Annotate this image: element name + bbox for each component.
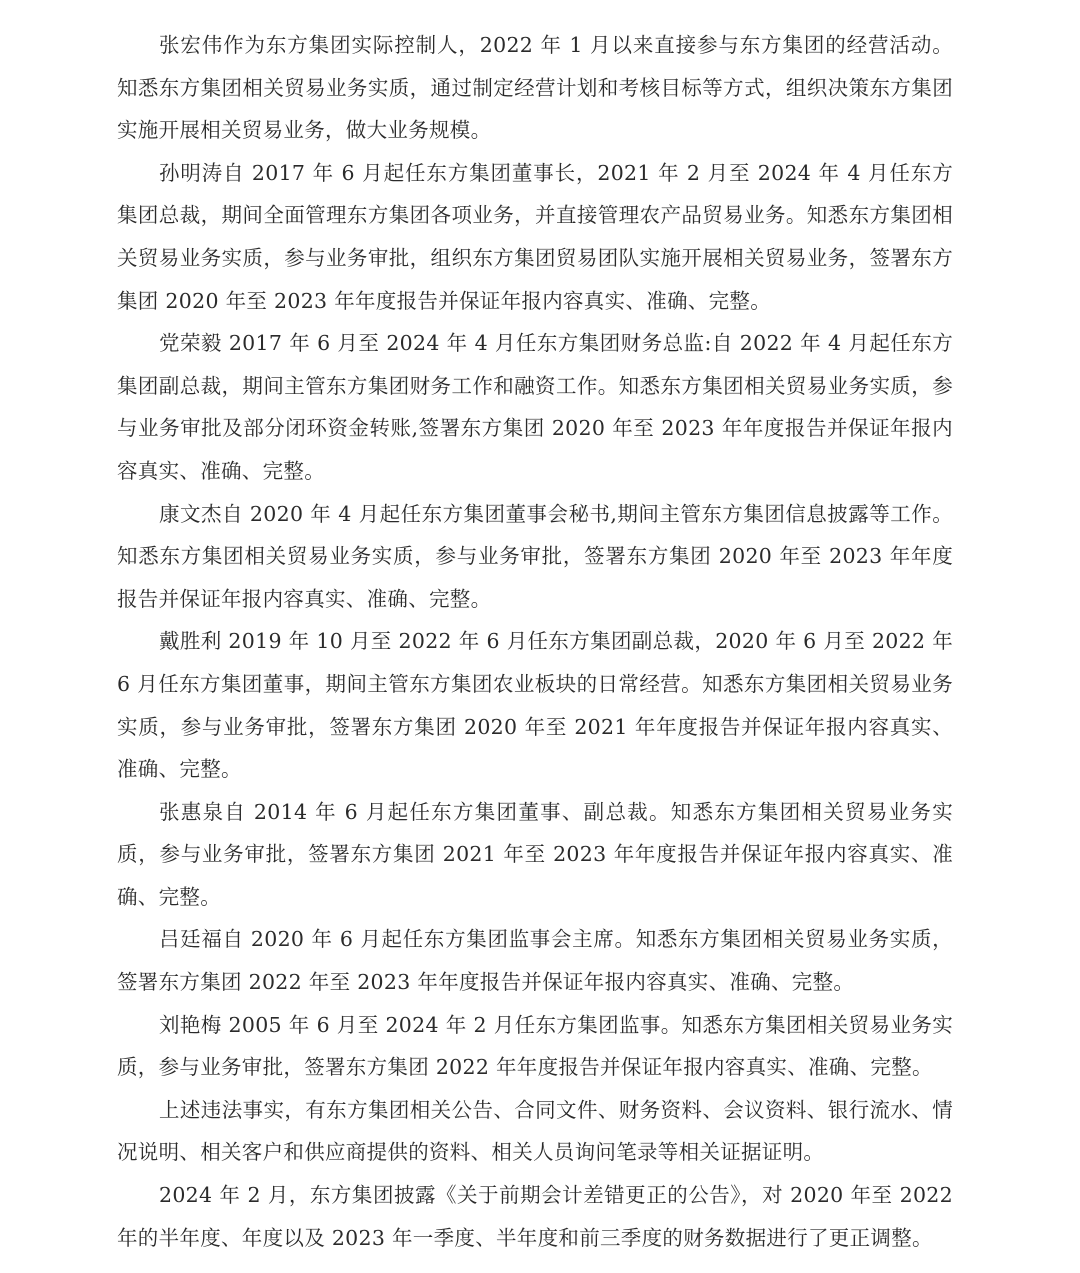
- paragraph-zhang-huiquan: 张惠泉自 2014 年 6 月起任东方集团董事、副总裁。知悉东方集团相关贸易业务…: [117, 791, 953, 919]
- paragraph-correction-notice: 2024 年 2 月，东方集团披露《关于前期会计差错更正的公告》，对 2020 …: [117, 1174, 953, 1259]
- paragraph-sun-mingtao: 孙明涛自 2017 年 6 月起任东方集团董事长，2021 年 2 月至 202…: [117, 152, 953, 322]
- paragraph-lv-tingfu: 吕廷福自 2020 年 6 月起任东方集团监事会主席。知悉东方集团相关贸易业务实…: [117, 918, 953, 1003]
- paragraph-liu-yanmei: 刘艳梅 2005 年 6 月至 2024 年 2 月任东方集团监事。知悉东方集团…: [117, 1004, 953, 1089]
- paragraph-evidence-summary: 上述违法事实，有东方集团相关公告、合同文件、财务资料、会议资料、银行流水、情况说…: [117, 1089, 953, 1174]
- paragraph-dai-shengli: 戴胜利 2019 年 10 月至 2022 年 6 月任东方集团副总裁，2020…: [117, 620, 953, 790]
- paragraph-dang-rongyi: 党荣毅 2017 年 6 月至 2024 年 4 月任东方集团财务总监:自 20…: [117, 322, 953, 492]
- paragraph-zhang-hongwei: 张宏伟作为东方集团实际控制人，2022 年 1 月以来直接参与东方集团的经营活动…: [117, 24, 953, 152]
- paragraph-kang-wenjie: 康文杰自 2020 年 4 月起任东方集团董事会秘书,期间主管东方集团信息披露等…: [117, 493, 953, 621]
- document-page: 张宏伟作为东方集团实际控制人，2022 年 1 月以来直接参与东方集团的经营活动…: [117, 24, 953, 1259]
